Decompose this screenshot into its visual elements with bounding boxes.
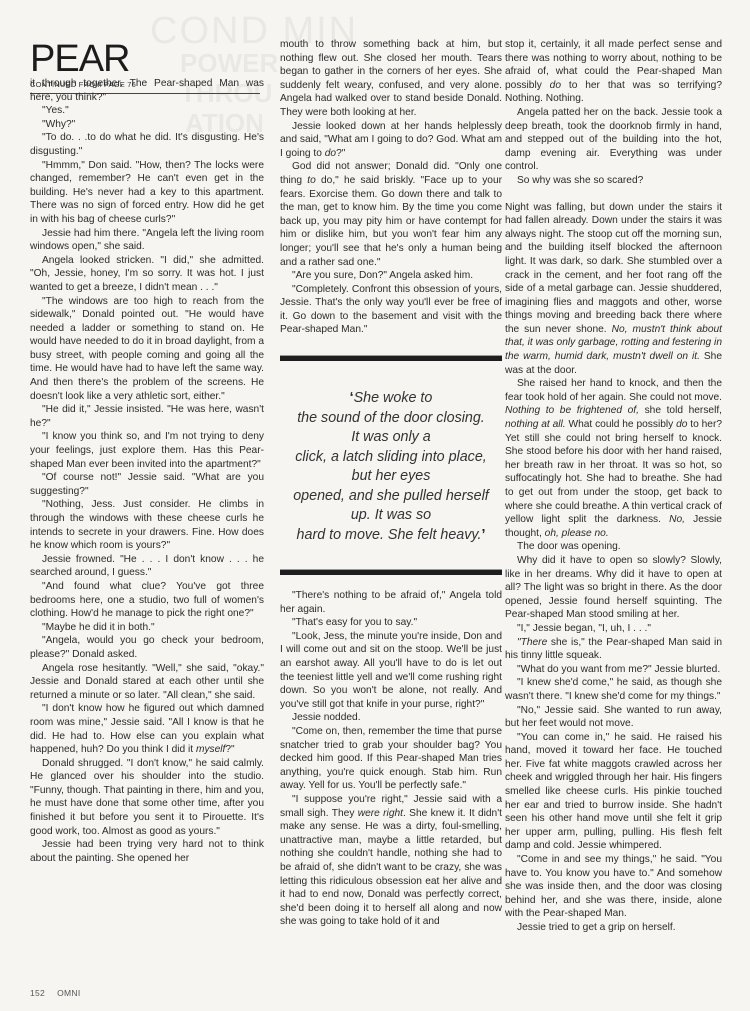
paragraph: it through together. The Pear-shaped Man… (30, 77, 264, 104)
emphasis: were right (358, 808, 403, 819)
text-run: ?" (225, 744, 234, 755)
paragraph: "I," Jessie began, "I, uh, I . . ." (505, 622, 722, 636)
paragraph: "I suppose you're right," Jessie said wi… (280, 793, 502, 929)
emphasis: No, (669, 514, 685, 525)
paragraph: "Why?" (30, 118, 264, 132)
emphasis: do (550, 80, 561, 91)
paragraph: The door was opening. (505, 540, 722, 554)
paragraph: "Completely. Confront this obsession of … (280, 283, 502, 337)
text-run: ?" (336, 148, 345, 159)
paragraph: "What do you want from me?" Jessie blurt… (505, 663, 722, 677)
paragraph: "Come on, then, remember the time that p… (280, 725, 502, 793)
page-number: 152 (30, 988, 45, 998)
paragraph: Angela rose hesitantly. "Well," she said… (30, 662, 264, 703)
pull-quote-line: ‘She woke to (276, 389, 506, 409)
paragraph: stop it, certainly, it all made perfect … (505, 38, 722, 106)
pull-quote-line: the sound of the door closing. (276, 409, 506, 429)
paragraph: "Of course not!" Jessie said. "What are … (30, 471, 264, 498)
paragraph: "I knew she'd come," he said, as though … (505, 676, 722, 703)
paragraph: "Maybe he did it in both." (30, 621, 264, 635)
paragraph: Jessie had him there. "Angela left the l… (30, 227, 264, 254)
paragraph: "Nothing, Jess. Just consider. He climbs… (30, 498, 264, 552)
paragraph: "Are you sure, Don?" Angela asked him. (280, 269, 502, 283)
paragraph: Why did it have to open so slowly? Slowl… (505, 554, 722, 622)
paragraph: Donald shrugged. "I don't know," he said… (30, 757, 264, 839)
emphasis: "There (517, 637, 547, 648)
spacer (280, 575, 502, 589)
paragraph: "And found what clue? You've got three b… (30, 580, 264, 621)
paragraph: "Angela, would you go check your bedroom… (30, 634, 264, 661)
divider-bar (280, 355, 502, 361)
emphasis: do (325, 148, 336, 159)
article-title: PEAR (30, 40, 260, 78)
emphasis: do (676, 419, 687, 430)
paragraph: Angela looked stricken. "I did," she adm… (30, 254, 264, 295)
pull-quote-line: opened, and she pulled herself (276, 487, 506, 507)
emphasis: Nothing to be frightened of, (505, 405, 639, 416)
paragraph: "No," Jessie said. She wanted to run awa… (505, 704, 722, 731)
pull-quote-line: up. It was so (276, 506, 506, 526)
column-middle: mouth to throw something back at him, bu… (280, 38, 502, 929)
paragraph: "Yes." (30, 104, 264, 118)
paragraph: Jessie looked down at her hands helpless… (280, 120, 502, 161)
paragraph: mouth to throw something back at him, bu… (280, 38, 502, 120)
emphasis: oh, please no. (545, 528, 609, 539)
paragraph: "Hmmm," Don said. "How, then? The locks … (30, 159, 264, 227)
paragraph: "You can come in," he said. He raised hi… (505, 731, 722, 853)
paragraph: Angela patted her on the back. Jessie to… (505, 106, 722, 174)
column-left: it through together. The Pear-shaped Man… (30, 77, 264, 865)
paragraph: God did not answer; Donald did. "Only on… (280, 160, 502, 269)
paragraph: "I know you think so, and I'm not trying… (30, 430, 264, 471)
paragraph: Jessie had been trying very hard not to … (30, 838, 264, 865)
emphasis: to (307, 175, 316, 186)
paragraph: "That's easy for you to say." (280, 616, 502, 630)
paragraph: "I don't know how he figured out which d… (30, 702, 264, 756)
column-right: stop it, certainly, it all made perfect … (505, 38, 722, 935)
text-run: Jessie looked down at her hands helpless… (280, 121, 502, 159)
pull-quote-line: hard to move. She felt heavy.’ (276, 526, 506, 546)
paragraph: So why was she so scared? (505, 174, 722, 188)
pull-quote-line: but her eyes (276, 467, 506, 487)
paragraph: "Look, Jess, the minute you're inside, D… (280, 630, 502, 712)
paragraph: Jessie tried to get a grip on herself. (505, 921, 722, 935)
text-run: do," he said briskly. "Face up to your f… (280, 175, 502, 268)
paragraph: "The windows are too high to reach from … (30, 295, 264, 404)
close-quote-icon: ’ (481, 527, 485, 543)
section-paragraph: Night was falling, but down under the st… (505, 201, 722, 378)
paragraph: Jessie nodded. (280, 711, 502, 725)
paragraph: Jessie frowned. "He . . . I don't know .… (30, 553, 264, 580)
pull-quote-line: click, a latch sliding into place, (276, 448, 506, 468)
paragraph: She raised her hand to knock, and then t… (505, 377, 722, 540)
paragraph: "Come in and see my things," he said. "Y… (505, 853, 722, 921)
emphasis: nothing at all. (505, 419, 566, 430)
paragraph: "There she is," the Pear-shaped Man said… (505, 636, 722, 663)
magazine-name: OMNI (57, 988, 80, 998)
pull-quote: ‘She woke to the sound of the door closi… (276, 389, 506, 545)
emphasis: myself (196, 744, 225, 755)
paragraph: "To do. . .to do what he did. It's disgu… (30, 131, 264, 158)
pull-quote-line: It was only a (276, 428, 506, 448)
paragraph: "He did it," Jessie insisted. "He was he… (30, 403, 264, 430)
page-footer: 152OMNI (30, 988, 81, 998)
paragraph: "There's nothing to be afraid of," Angel… (280, 589, 502, 616)
